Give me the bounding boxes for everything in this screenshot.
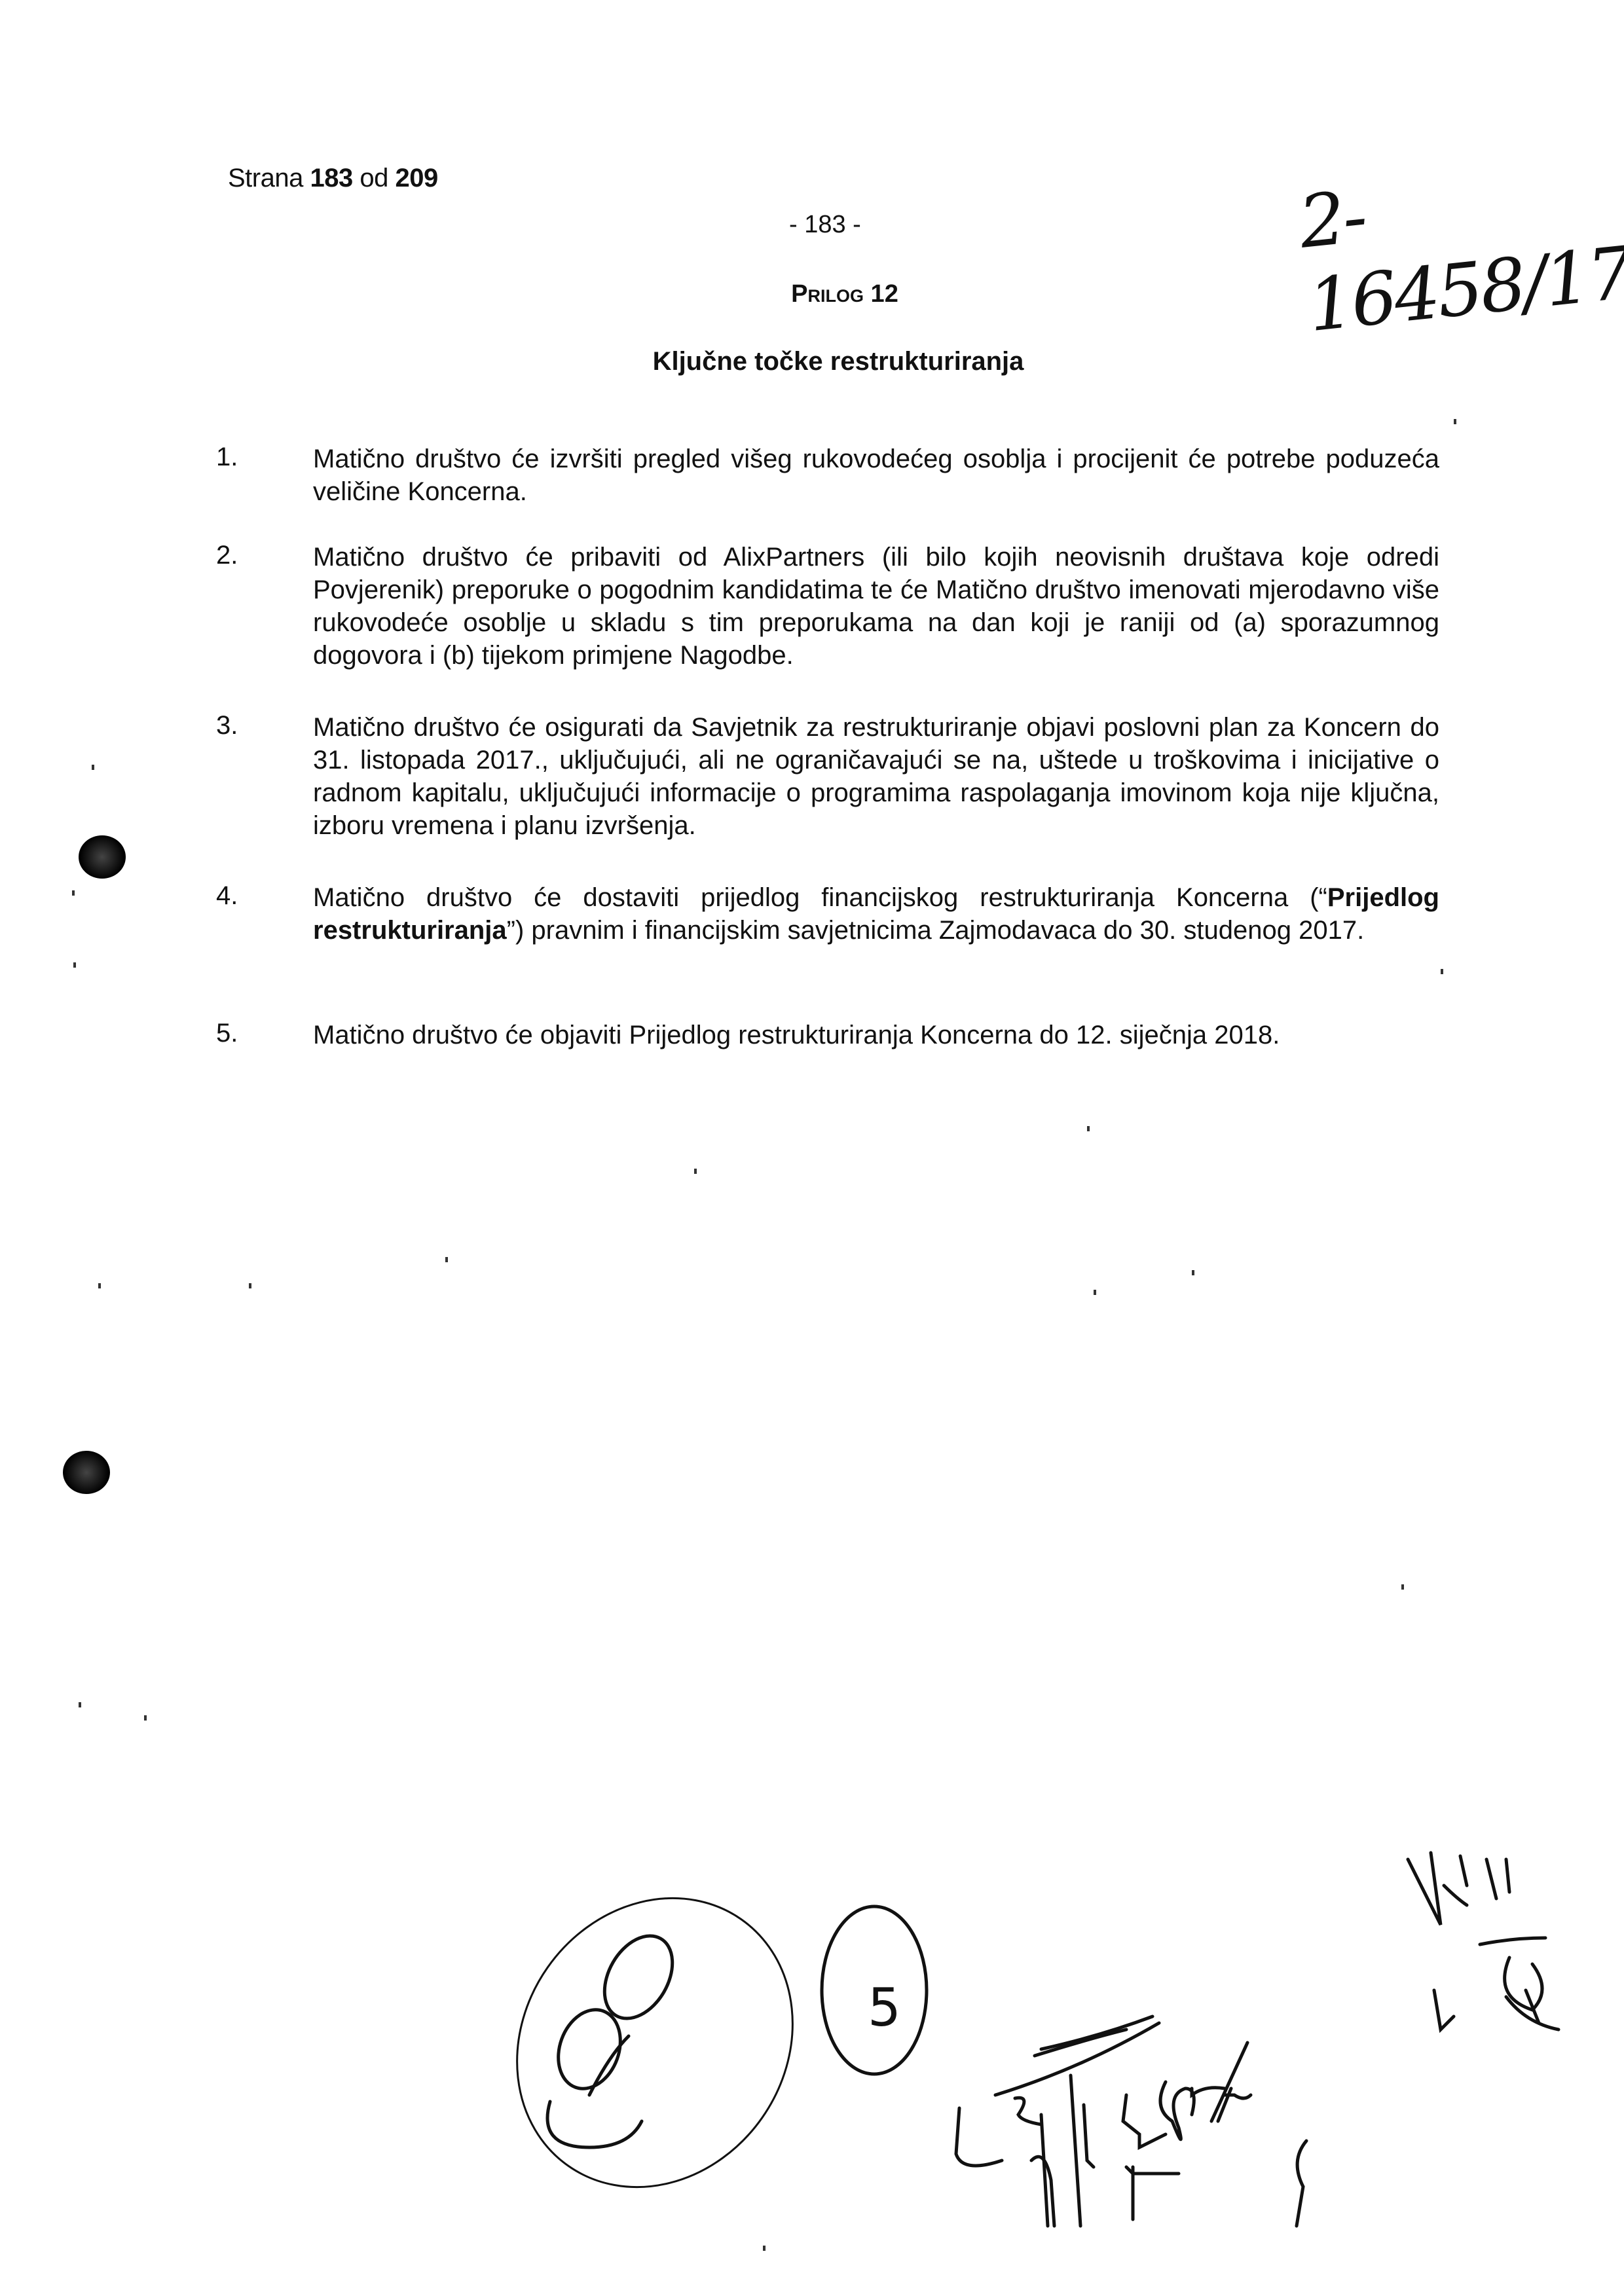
item-text: Matično društvo će pribaviti od AlixPart…	[313, 541, 1439, 672]
page-counter: Strana 183 od 209	[228, 164, 438, 193]
handwritten-reference-number: 2-16458/17	[1295, 147, 1624, 348]
item-text: Matično društvo će objaviti Prijedlog re…	[313, 1019, 1439, 1051]
item-text-before: Matično društvo će dostaviti prijedlog f…	[313, 883, 1327, 912]
item-number: 2.	[216, 541, 238, 570]
page-total: 209	[395, 164, 437, 192]
section-title: Ključne točke restrukturiranja	[0, 347, 1624, 376]
handwritten-signatures	[0, 0, 1624, 2296]
page-of: od	[360, 164, 388, 192]
document-page: Strana 183 od 209 2-16458/17 - 183 - Pri…	[0, 0, 1624, 2296]
circled-number: 5	[868, 1977, 901, 2038]
page-current: 183	[310, 164, 352, 192]
item-text: Matično društvo će dostaviti prijedlog f…	[313, 881, 1439, 947]
page-prefix: Strana	[228, 164, 303, 192]
punch-hole	[63, 1451, 110, 1494]
item-text-after: ”) pravnim i financijskim savjetnicima Z…	[507, 916, 1365, 945]
item-number: 4.	[216, 881, 238, 911]
annex-title: Prilog 12	[0, 280, 1624, 308]
item-text: Matično društvo će izvršiti pregled više…	[313, 443, 1439, 508]
item-number: 5.	[216, 1019, 238, 1048]
item-text: Matično društvo će osigurati da Savjetni…	[313, 711, 1439, 842]
item-number: 1.	[216, 443, 238, 472]
item-number: 3.	[216, 711, 238, 740]
punch-hole	[79, 835, 126, 879]
centered-page-number: - 183 -	[789, 211, 861, 239]
